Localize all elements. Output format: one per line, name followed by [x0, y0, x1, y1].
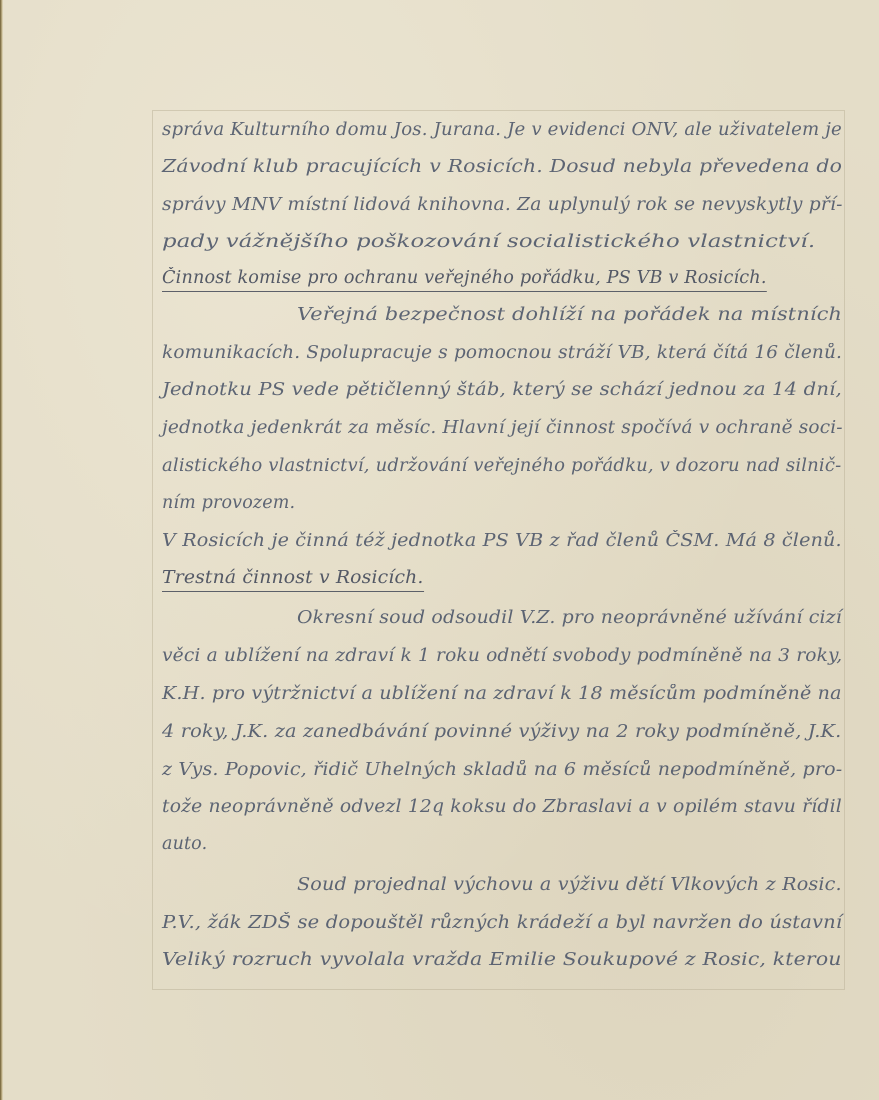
text-line: správy MNV místní lidová knihovna. Za up… — [162, 193, 843, 217]
text-line: z Vys. Popovic, řidič Uhelných skladů na… — [162, 758, 842, 782]
text-line: K.H. pro výtržnictví a ublížení na zdrav… — [162, 682, 842, 706]
text-line: Veliký rozruch vyvolala vražda Emilie So… — [162, 948, 842, 972]
text-line: jednotka jedenkrát za měsíc. Hlavní její… — [162, 416, 843, 440]
text-line: správa Kulturního domu Jos. Jurana. Je v… — [162, 118, 842, 142]
text-line: Jednotku PS vede pětičlenný štáb, který … — [162, 378, 842, 402]
text-line: komunikacích. Spolupracuje s pomocnou st… — [162, 341, 842, 365]
text-line: ním provozem. — [162, 491, 295, 515]
text-line: Okresní soud odsoudil V.Z. pro neoprávně… — [297, 606, 842, 630]
text-line: věci a ublížení na zdraví k 1 roku odnět… — [162, 644, 842, 668]
text-line: V Rosicích je činná též jednotka PS VB z… — [162, 529, 842, 553]
section-heading-public-order: Činnost komise pro ochranu veřejného poř… — [162, 266, 767, 292]
section-heading-criminal-activity: Trestná činnost v Rosicích. — [162, 566, 424, 592]
text-line: Soud projednal výchovu a výživu dětí Vlk… — [297, 873, 842, 897]
text-line: P.V., žák ZDŠ se dopouštěl různých kráde… — [162, 911, 842, 935]
text-line: auto. — [162, 832, 207, 856]
text-line: alistického vlastnictví, udržování veřej… — [162, 454, 841, 478]
text-line: Závodní klub pracujících v Rosicích. Dos… — [162, 155, 842, 179]
text-line: tože neoprávněně odvezl 12q koksu do Zbr… — [162, 795, 842, 819]
text-line: 4 roky, J.K. za zanedbávání povinné výži… — [162, 720, 841, 744]
text-line: pady vážnějšího poškozování socialistick… — [162, 230, 815, 254]
text-line: Veřejná bezpečnost dohlíží na pořádek na… — [297, 303, 842, 327]
page-binding-edge — [0, 0, 3, 1100]
